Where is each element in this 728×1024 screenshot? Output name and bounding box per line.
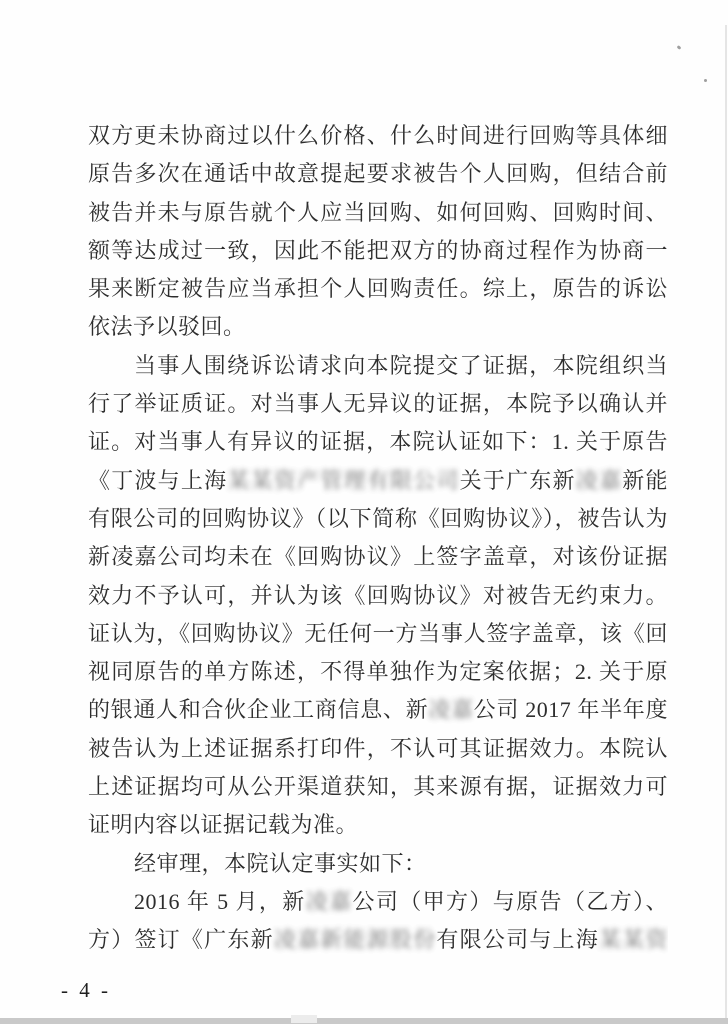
text-segment: 有限公司与上海 xyxy=(436,927,599,952)
text-segment: 果来断定被告应当承担个人回购责任。综上，原告的诉讼请求应 xyxy=(88,276,668,308)
text-line: 额等达成过一致，因此不能把双方的协商过程作为协商一致的结 xyxy=(88,232,668,270)
text-segment: 经审理，本院认定事实如下： xyxy=(134,851,427,876)
text-segment: 的银通人和合伙企业工商信息、新 xyxy=(88,697,428,722)
text-line: 《丁波与上海某某资产管理有限公司关于广东新凌嘉新能源股份 xyxy=(88,462,668,500)
text-line: 新凌嘉公司均未在《回购协议》上签字盖章，对该份证据的证据 xyxy=(88,538,668,576)
text-line: 证明内容以证据记载为准。 xyxy=(88,806,668,844)
text-line: 证。对当事人有异议的证据，本院认证如下：1. 关于原告提供的 xyxy=(88,423,668,461)
text-segment: 有限公司的回购协议》（以下简称《回购协议》），被告认为被告及 xyxy=(88,506,668,538)
text-line: 双方更未协商过以什么价格、什么时间进行回购等具体细节问题。 xyxy=(88,117,668,155)
text-segment: 双方更未协商过以什么价格、什么时间进行回购等具体细节问题。 xyxy=(88,123,668,155)
redacted-text: 凌嘉 xyxy=(576,468,622,493)
text-segment: 被告并未与原告就个人应当回购、如何回购、回购时间、回购金 xyxy=(88,200,668,232)
scan-dust-speck xyxy=(704,79,707,82)
text-line: 效力不予认可，并认为该《回购协议》对被告无约束力。本院认 xyxy=(88,577,668,615)
text-segment: 上述证据均可从公开渠道获知，其来源有据，证据效力可以确认， xyxy=(88,774,668,806)
text-segment: 关于广东新 xyxy=(460,468,576,493)
text-segment: 效力不予认可，并认为该《回购协议》对被告无约束力。本院认 xyxy=(88,583,668,615)
text-segment: 方）签订《广东新 xyxy=(88,927,274,952)
text-line: 的银通人和合伙企业工商信息、新凌嘉公司 2017 年半年度报告， xyxy=(88,691,668,729)
scanned-court-document-page: 双方更未协商过以什么价格、什么时间进行回购等具体细节问题。原告多次在通话中故意提… xyxy=(0,0,728,1024)
text-line: 原告多次在通话中故意提起要求被告个人回购，但结合前后语境， xyxy=(88,155,668,193)
redacted-text: 某某资产管理有限公司 xyxy=(227,468,459,493)
text-segment: 新凌嘉公司均未在《回购协议》上签字盖章，对该份证据的证据 xyxy=(88,544,668,576)
text-line: 当事人围绕诉讼请求向本院提交了证据，本院组织当事人进 xyxy=(88,347,668,385)
text-line: 证认为，《回购协议》无任何一方当事人签字盖章，该《回购协议》 xyxy=(88,615,668,653)
text-segment: 《丁波与上海 xyxy=(88,468,227,493)
text-line: 2016 年 5 月，新凌嘉公司（甲方）与原告（乙方）、被告（丁 xyxy=(88,883,668,921)
text-segment: 当事人围绕诉讼请求向本院提交了证据，本院组织当事人进 xyxy=(88,353,668,385)
text-line: 果来断定被告应当承担个人回购责任。综上，原告的诉讼请求应 xyxy=(88,270,668,308)
scan-bottom-edge-bar xyxy=(0,1018,728,1024)
redacted-text: 凌嘉 xyxy=(428,697,473,722)
scan-dust-speck xyxy=(677,45,682,50)
text-segment: 被告认为上述证据系打印件，不认可其证据效力。本院认证认为， xyxy=(88,736,668,768)
text-line: 上述证据均可从公开渠道获知，其来源有据，证据效力可以确认， xyxy=(88,768,668,806)
text-segment: 证认为，《回购协议》无任何一方当事人签字盖章，该《回购协议》 xyxy=(88,621,668,653)
text-segment: 原告多次在通话中故意提起要求被告个人回购，但结合前后语境， xyxy=(88,161,668,193)
redacted-text: 凌嘉新能源股份 xyxy=(274,927,437,952)
text-line: 被告认为上述证据系打印件，不认可其证据效力。本院认证认为， xyxy=(88,730,668,768)
text-line: 有限公司的回购协议》（以下简称《回购协议》），被告认为被告及 xyxy=(88,500,668,538)
text-line: 依法予以驳回。 xyxy=(88,308,668,346)
text-line: 方）签订《广东新凌嘉新能源股份有限公司与上海某某资产管理 xyxy=(88,921,668,959)
text-segment: 额等达成过一致，因此不能把双方的协商过程作为协商一致的结 xyxy=(88,238,668,270)
text-line: 经审理，本院认定事实如下： xyxy=(88,845,668,883)
text-segment: 依法予以驳回。 xyxy=(88,314,246,339)
text-segment: 证明内容以证据记载为准。 xyxy=(88,812,358,837)
redacted-text: 凌嘉 xyxy=(306,889,353,914)
scan-page-edge-line xyxy=(725,25,727,1024)
text-segment: 视同原告的单方陈述，不得单独作为定案依据；2. 关于原告提供 xyxy=(88,659,668,691)
page-number: - 4 - xyxy=(61,978,111,1003)
text-segment: 证。对当事人有异议的证据，本院认证如下：1. 关于原告提供的 xyxy=(88,429,668,461)
scan-bottom-edge-notch xyxy=(291,1015,317,1023)
text-segment: 2016 年 5 月，新 xyxy=(134,889,306,914)
text-line: 视同原告的单方陈述，不得单独作为定案依据；2. 关于原告提供 xyxy=(88,653,668,691)
document-body: 双方更未协商过以什么价格、什么时间进行回购等具体细节问题。原告多次在通话中故意提… xyxy=(88,117,668,960)
text-line: 被告并未与原告就个人应当回购、如何回购、回购时间、回购金 xyxy=(88,194,668,232)
text-line: 行了举证质证。对当事人无异议的证据，本院予以确认并在卷佐 xyxy=(88,385,668,423)
text-segment: 行了举证质证。对当事人无异议的证据，本院予以确认并在卷佐 xyxy=(88,391,668,423)
